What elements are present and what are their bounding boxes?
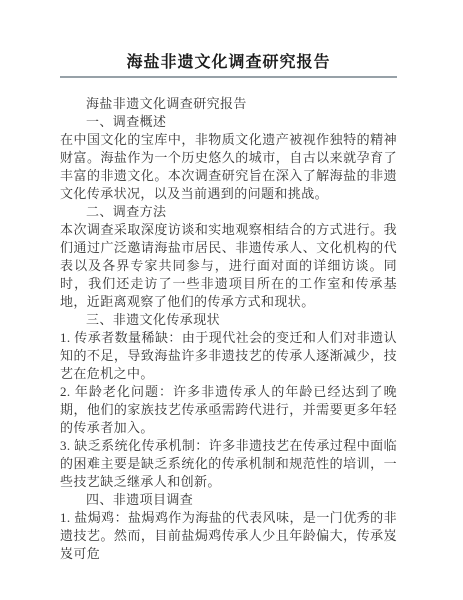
list-item-aging: 2. 年龄老化问题：许多非遗传承人的年龄已经达到了晚期，他们的家族技艺传承亟需跨… (60, 383, 397, 437)
section-heading-2: 二、调查方法 (60, 203, 397, 221)
paragraph-overview: 在中国文化的宝库中，非物质文化遗产被视作独特的精神财富。海盐作为一个历史悠久的城… (60, 131, 397, 203)
document-page: 海盐非遗文化调查研究报告 海盐非遗文化调查研究报告 一、调查概述 在中国文化的宝… (0, 0, 463, 600)
section-heading-4: 四、非遗项目调查 (60, 491, 397, 509)
section-heading-1: 一、调查概述 (60, 113, 397, 131)
title-divider (60, 76, 397, 78)
paragraph-method: 本次调查采取深度访谈和实地观察相结合的方式进行。我们通过广泛邀请海盐市居民、非遗… (60, 221, 397, 311)
document-content: 海盐非遗文化调查研究报告 海盐非遗文化调查研究报告 一、调查概述 在中国文化的宝… (0, 0, 463, 563)
list-item-mechanism: 3. 缺乏系统化传承机制：许多非遗技艺在传承过程中面临的困难主要是缺乏系统化的传… (60, 437, 397, 491)
list-item-salt-baked-chicken: 1. 盐焗鸡：盐焗鸡作为海盐的代表风味，是一门优秀的非遗技艺。然而，目前盐焗鸡传… (60, 509, 397, 563)
list-item-inheritors: 1. 传承者数量稀缺：由于现代社会的变迁和人们对非遗认知的不足，导致海盐许多非遗… (60, 329, 397, 383)
doc-subtitle: 海盐非遗文化调查研究报告 (60, 95, 397, 113)
section-heading-3: 三、非遗文化传承现状 (60, 311, 397, 329)
report-title: 海盐非遗文化调查研究报告 (60, 54, 397, 72)
document-body: 海盐非遗文化调查研究报告 一、调查概述 在中国文化的宝库中，非物质文化遗产被视作… (60, 95, 397, 563)
